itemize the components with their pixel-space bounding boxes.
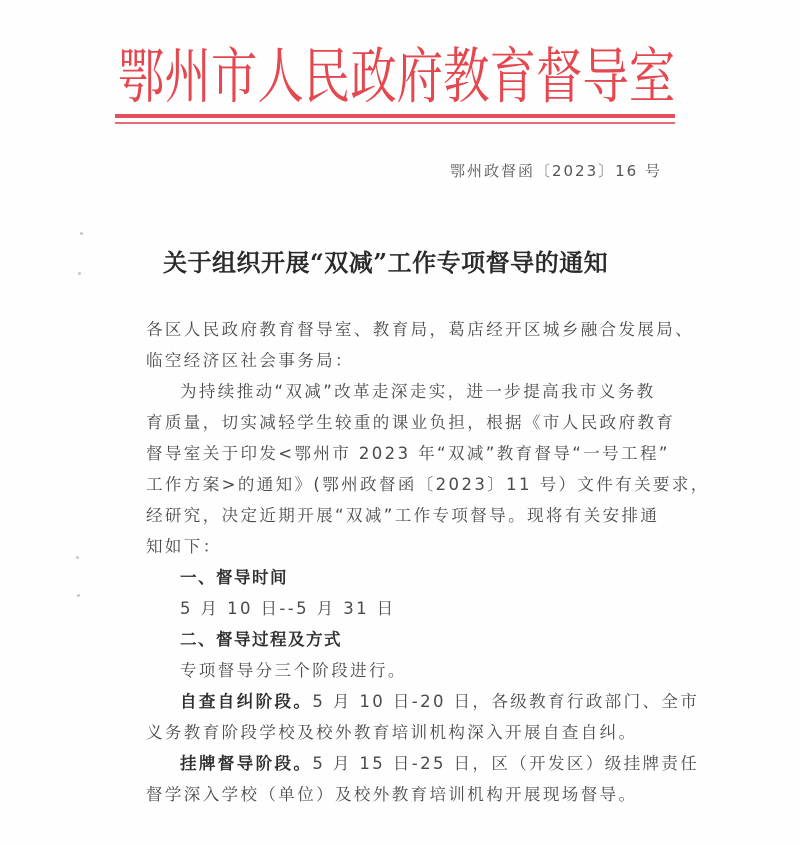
scan-speck xyxy=(77,594,80,597)
masthead-char: 州 xyxy=(164,28,210,114)
stage-continuation: 督学深入学校（单位）及校外教育培训机构开展现场督导。 xyxy=(146,779,676,810)
intro-line: 育质量，切实减轻学生较重的课业负担，根据《市人民政府教育 xyxy=(146,407,676,438)
stage-continuation: 义务教育阶段学校及校外教育培训机构深入开展自查自纠。 xyxy=(146,717,676,748)
masthead-char: 导 xyxy=(582,28,628,114)
masthead-char: 督 xyxy=(536,28,582,114)
recipients-line: 临空经济区社会事务局： xyxy=(146,345,676,376)
masthead-char: 市 xyxy=(211,28,257,114)
masthead-char: 室 xyxy=(629,28,675,114)
document-number: 鄂州政督函〔2023〕16 号 xyxy=(450,160,662,181)
document-page: 鄂 州 市 人 民 政 府 教 育 督 导 室 鄂州政督函〔2023〕16 号 … xyxy=(0,0,800,845)
stage-paragraph: 挂牌督导阶段。5 月 15 日-25 日，区（开发区）级挂牌责任 xyxy=(146,748,676,779)
masthead-char: 教 xyxy=(443,28,489,114)
intro-line: 知如下： xyxy=(146,531,676,562)
stage-label: 挂牌督导阶段。 xyxy=(180,754,312,773)
stage-label: 自查自纠阶段。 xyxy=(180,692,312,711)
recipients-line: 各区人民政府教育督导室、教育局，葛店经开区城乡融合发展局、 xyxy=(146,314,676,345)
masthead-char: 人 xyxy=(257,28,303,114)
scan-speck xyxy=(76,556,79,559)
section-heading: 一、督导时间 xyxy=(146,562,676,593)
intro-line: 经研究，决定近期开展“双减”工作专项督导。现将有关安排通 xyxy=(146,500,676,531)
stage-text: 5 月 15 日-25 日，区（开发区）级挂牌责任 xyxy=(312,754,699,773)
section-content: 5 月 10 日--5 月 31 日 xyxy=(146,593,676,624)
intro-line: 工作方案>的通知》(鄂州政督函〔2023〕11 号）文件有关要求， xyxy=(146,469,676,500)
masthead-rule-thin xyxy=(115,122,675,124)
masthead-title: 鄂 州 市 人 民 政 府 教 育 督 导 室 xyxy=(118,32,608,110)
stage-text: 5 月 10 日-20 日，各级教育行政部门、全市 xyxy=(312,692,699,711)
section-heading: 二、督导过程及方式 xyxy=(146,624,676,655)
intro-line: 督导室关于印发<鄂州市 2023 年“双减”教育督导“一号工程” xyxy=(146,438,676,469)
intro-line: 为持续推动“双减”改革走深走实，进一步提高我市义务教 xyxy=(146,376,676,407)
masthead-char: 府 xyxy=(397,28,443,114)
section-content: 专项督导分三个阶段进行。 xyxy=(146,655,676,686)
masthead-char: 鄂 xyxy=(118,28,164,114)
masthead-rule-thick xyxy=(115,114,675,118)
document-title: 关于组织开展“双减”工作专项督导的通知 xyxy=(163,243,608,278)
scan-speck xyxy=(78,272,81,275)
masthead-char: 育 xyxy=(490,28,536,114)
masthead-char: 民 xyxy=(304,28,350,114)
masthead-char: 政 xyxy=(350,28,396,114)
document-body: 各区人民政府教育督导室、教育局，葛店经开区城乡融合发展局、 临空经济区社会事务局… xyxy=(146,314,676,810)
stage-paragraph: 自查自纠阶段。5 月 10 日-20 日，各级教育行政部门、全市 xyxy=(146,686,676,717)
scan-speck xyxy=(80,232,83,235)
